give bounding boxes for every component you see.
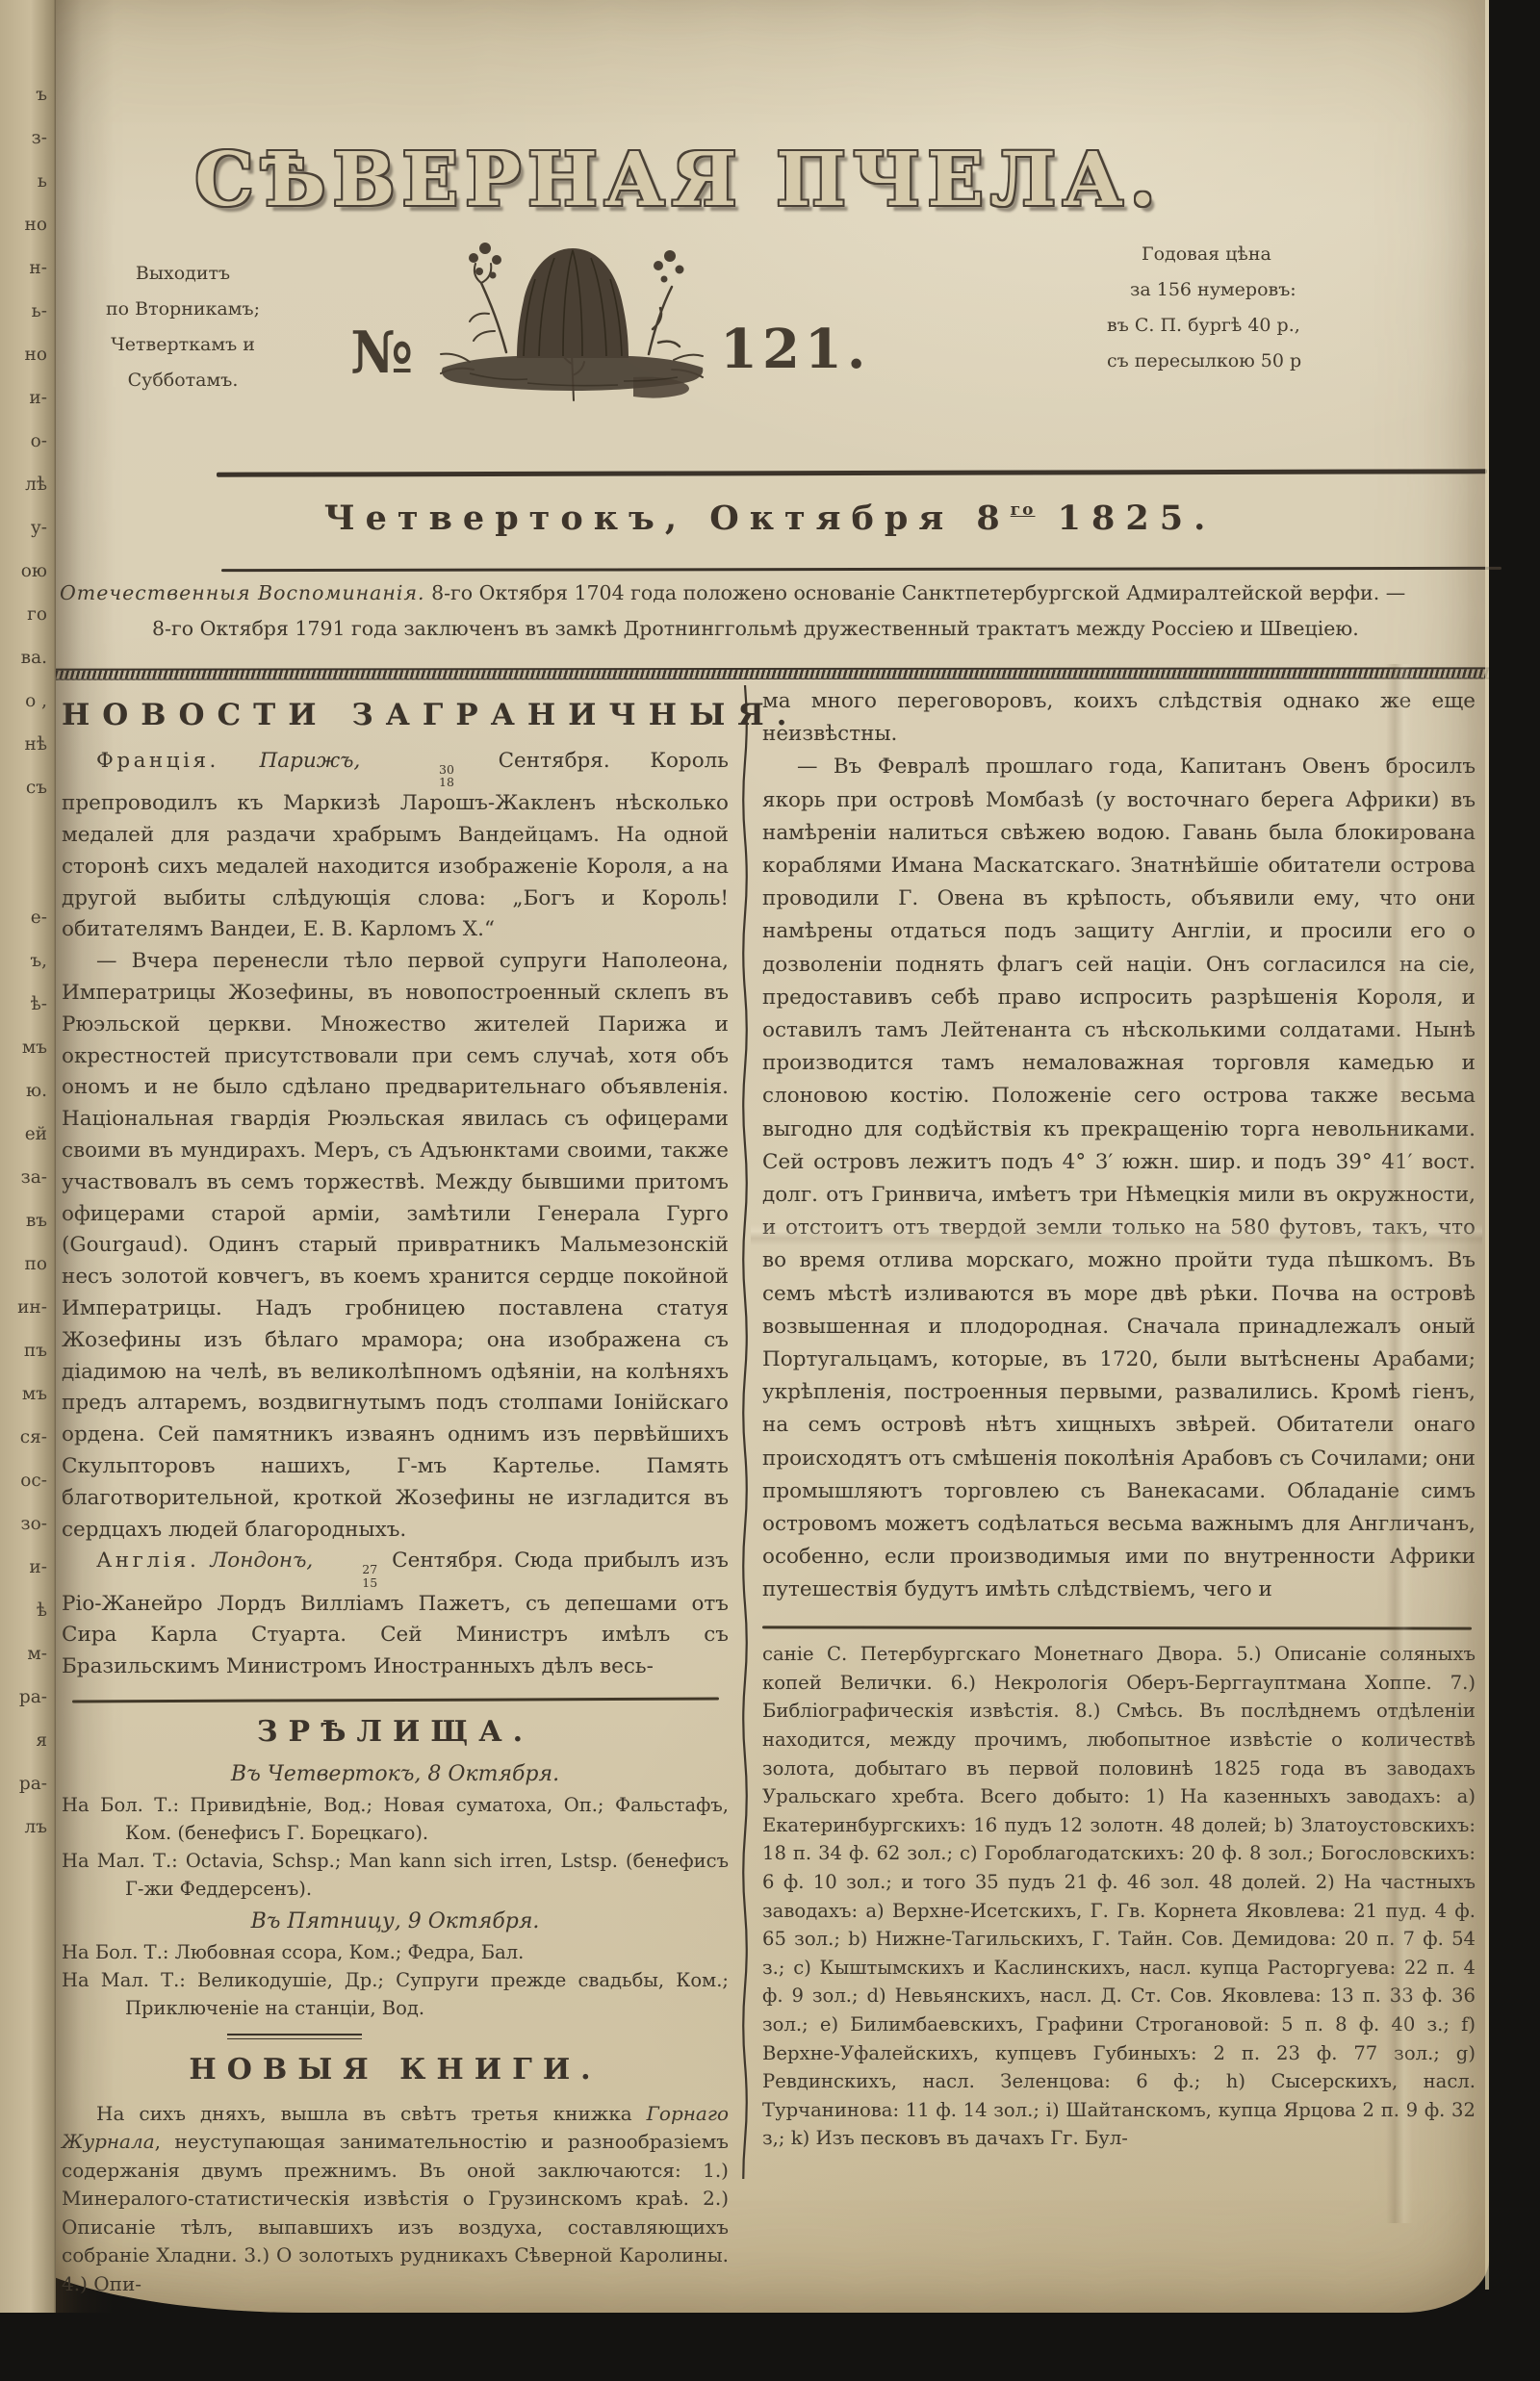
- gutter-text-fragment: н-: [0, 246, 47, 290]
- gutter-text-fragment: ѣ: [0, 1589, 47, 1632]
- theater-listing: На Мал. Т.: Великодушіе, Др.; Супруги пр…: [62, 1966, 729, 2022]
- gutter-text-fragment: ю.: [0, 1069, 47, 1113]
- issue-number-symbol: №: [350, 320, 413, 387]
- gutter-text-fragment: за-: [0, 1156, 47, 1199]
- gutter-text-fragment: ь: [0, 160, 47, 203]
- theater-listing: На Бол. Т.: Привидѣніе, Вод.; Новая сума…: [62, 1791, 729, 1847]
- gutter-text-fragment: о-: [0, 420, 47, 463]
- gutter-text-fragment: ра-: [0, 1676, 47, 1719]
- gutter-text-fragments: ъз-ьнон-ь-нои-о-лѣу-оюгова.о ,нѣсъе-ъ,ѣ-…: [0, 0, 56, 1849]
- fraction-bottom: 15: [327, 1576, 377, 1589]
- books-rule: [227, 2034, 362, 2039]
- gutter-text-fragment: но: [0, 203, 47, 246]
- left-column: НОВОСТИ ЗАГРАНИЧНЫЯ. Франція. Парижъ, 30…: [62, 685, 729, 2299]
- article-continuation: ма много переговоровъ, коихъ слѣдствія о…: [762, 685, 1476, 751]
- date-ordinal-suffix: го: [1011, 500, 1036, 520]
- gutter-text-fragment: я: [0, 1719, 47, 1762]
- city-dateline: Лондонъ,: [210, 1549, 313, 1573]
- spectacles-day-1-listings: На Бол. Т.: Привидѣніе, Вод.; Новая сума…: [62, 1791, 729, 1903]
- memorial-notice: Отечественныя Воспоминанія. 8-го Октября…: [60, 581, 1488, 640]
- dateline-rule: [221, 567, 1501, 572]
- memorial-line-1: Отечественныя Воспоминанія. 8-го Октября…: [60, 581, 1488, 604]
- gutter-text-fragment: лѣ: [0, 463, 47, 506]
- article-paragraph-england: Англія. Лондонъ, 2715 Сентября. Сюда при…: [62, 1546, 729, 1683]
- gutter-text-fragment: ь-: [0, 290, 47, 333]
- price-line: Годовая цѣна: [1107, 237, 1434, 272]
- memorial-text-1: 8-го Октября 1704 года положено основані…: [431, 581, 1405, 604]
- gutter-text-fragment: съ: [0, 766, 47, 809]
- section-rule: [71, 1698, 718, 1703]
- gutter-text-fragment: е-: [0, 896, 47, 939]
- article-paragraph-josephine: — Вчера перенесли тѣло первой супруги На…: [62, 946, 729, 1546]
- spectacles-day-1: Въ Четвертокъ, 8 Октября.: [62, 1762, 729, 1786]
- city-dateline: Парижъ,: [260, 749, 361, 773]
- column-divider-rule: [740, 685, 750, 2179]
- price-line: въ С. П. бургѣ 40 р.,: [1107, 308, 1434, 344]
- gutter-text-fragment: нѣ: [0, 723, 47, 766]
- article-paragraph-mombasa: — Въ Февралѣ прошлаго года, Капитанъ Ове…: [762, 751, 1476, 1606]
- paper-crease-vertical: [1386, 664, 1413, 2223]
- date-fraction: 3018: [404, 763, 454, 788]
- gutter-text-fragment: ся-: [0, 1416, 47, 1459]
- book-text: На сихъ дняхъ, вышла въ свѣтъ третья кни…: [96, 2102, 647, 2125]
- date-text: Четвертокъ, Октября 8: [324, 499, 1011, 538]
- fraction-top: 27: [327, 1563, 377, 1575]
- gutter-text-fragment: ей: [0, 1113, 47, 1156]
- ornamental-band-rule: [56, 667, 1489, 679]
- memorial-line-2: 8-го Октября 1791 года заключенъ въ замк…: [60, 617, 1488, 640]
- gutter-text-fragment: ъ: [0, 73, 47, 116]
- gutter-text-fragment: лъ: [0, 1805, 47, 1849]
- publication-schedule: Выходитъпо Вторникамъ;Четверткамъ иСуббо…: [69, 256, 296, 398]
- country-label: Франція.: [96, 749, 219, 773]
- gutter-text-fragment: [0, 853, 47, 896]
- gutter-text-fragment: у-: [0, 506, 47, 550]
- gutter-text-fragment: но: [0, 333, 47, 376]
- gutter-text-fragment: го: [0, 593, 47, 636]
- book-announcement: На сихъ дняхъ, вышла въ свѣтъ третья кни…: [62, 2100, 729, 2299]
- spectacles-day-2: Въ Пятницу, 9 Октября.: [62, 1909, 729, 1933]
- country-label: Англія.: [96, 1549, 199, 1573]
- gutter-text-fragment: въ: [0, 1199, 47, 1242]
- book-announcement-continuation: саніе С. Петербургскаго Монетнаго Двора.…: [762, 1640, 1476, 2153]
- beehive-icon: [431, 237, 715, 429]
- gutter-text-fragment: м-: [0, 1632, 47, 1676]
- section-rule: [762, 1626, 1472, 1629]
- fraction-bottom: 18: [404, 776, 454, 788]
- foreign-news-heading: НОВОСТИ ЗАГРАНИЧНЫЯ.: [62, 698, 729, 732]
- article-paragraph-france: Франція. Парижъ, 3018 Сентября. Король п…: [62, 746, 729, 946]
- gutter-text-fragment: о ,: [0, 679, 47, 723]
- price-line: за 156 нумеровъ:: [1107, 272, 1434, 308]
- right-column: ма много переговоровъ, коихъ слѣдствія о…: [762, 685, 1476, 2153]
- article-text: Сентября. Король препроводилъ къ Маркизѣ…: [62, 749, 729, 941]
- memorial-lead: Отечественныя Воспоминанія.: [60, 581, 425, 604]
- theater-listing: На Бол. Т.: Любовная ссора, Ком.; Федра,…: [62, 1938, 729, 1966]
- schedule-line: Субботамъ.: [69, 363, 296, 398]
- date-line: Четвертокъ, Октября 8го 1825.: [192, 499, 1347, 538]
- date-fraction: 2715: [327, 1563, 377, 1588]
- gutter-text-fragment: ѣ-: [0, 983, 47, 1026]
- gutter-text-fragment: пъ: [0, 1329, 47, 1372]
- gutter-text-fragment: мъ: [0, 1026, 47, 1069]
- price-line: съ пересылкою 50 р: [1107, 344, 1434, 379]
- newspaper-title: СѢВЕРНАЯ ПЧЕЛА.: [67, 137, 1290, 223]
- schedule-line: по Вторникамъ;: [69, 292, 296, 327]
- spectacles-heading: ЗРѢЛИЩА.: [62, 1715, 729, 1749]
- gutter-text-fragment: ин-: [0, 1286, 47, 1329]
- gutter-text-fragment: ва.: [0, 636, 47, 679]
- new-books-heading: НОВЫЯ КНИГИ.: [62, 2053, 729, 2087]
- gutter-text-fragment: ос-: [0, 1459, 47, 1502]
- masthead-rule: [217, 469, 1487, 476]
- schedule-line: Выходитъ: [69, 256, 296, 292]
- gutter-text-fragment: по: [0, 1242, 47, 1286]
- gutter-text-fragment: и-: [0, 1546, 47, 1589]
- gutter-text-fragment: зо-: [0, 1502, 47, 1546]
- newspaper-page: ъз-ьнон-ь-нои-о-лѣу-оюгова.о ,нѣсъе-ъ,ѣ-…: [0, 0, 1489, 2313]
- theater-listing: На Мал. Т.: Octavia, Schsp.; Man kann si…: [62, 1847, 729, 1903]
- gutter-text-fragment: [0, 809, 47, 853]
- gutter-text-fragment: ра-: [0, 1762, 47, 1805]
- book-text: , неуступающая занимательностію и разноо…: [62, 2130, 729, 2295]
- subscription-price: Годовая цѣназа 156 нумеровъ:въ С. П. бур…: [1107, 237, 1434, 379]
- date-year: 1825.: [1036, 499, 1217, 538]
- gutter-text-fragment: и-: [0, 376, 47, 420]
- gutter-text-fragment: ою: [0, 550, 47, 593]
- gutter-text-fragment: мъ: [0, 1372, 47, 1416]
- gutter-text-fragment: ъ,: [0, 939, 47, 983]
- gutter-text-fragment: з-: [0, 116, 47, 160]
- spectacles-day-2-listings: На Бол. Т.: Любовная ссора, Ком.; Федра,…: [62, 1938, 729, 2022]
- paper-crease-horizontal: [751, 1224, 1482, 1245]
- adjacent-page-gutter: ъз-ьнон-ь-нои-о-лѣу-оюгова.о ,нѣсъе-ъ,ѣ-…: [0, 0, 56, 2313]
- schedule-line: Четверткамъ и: [69, 327, 296, 363]
- issue-number: 121.: [720, 318, 870, 381]
